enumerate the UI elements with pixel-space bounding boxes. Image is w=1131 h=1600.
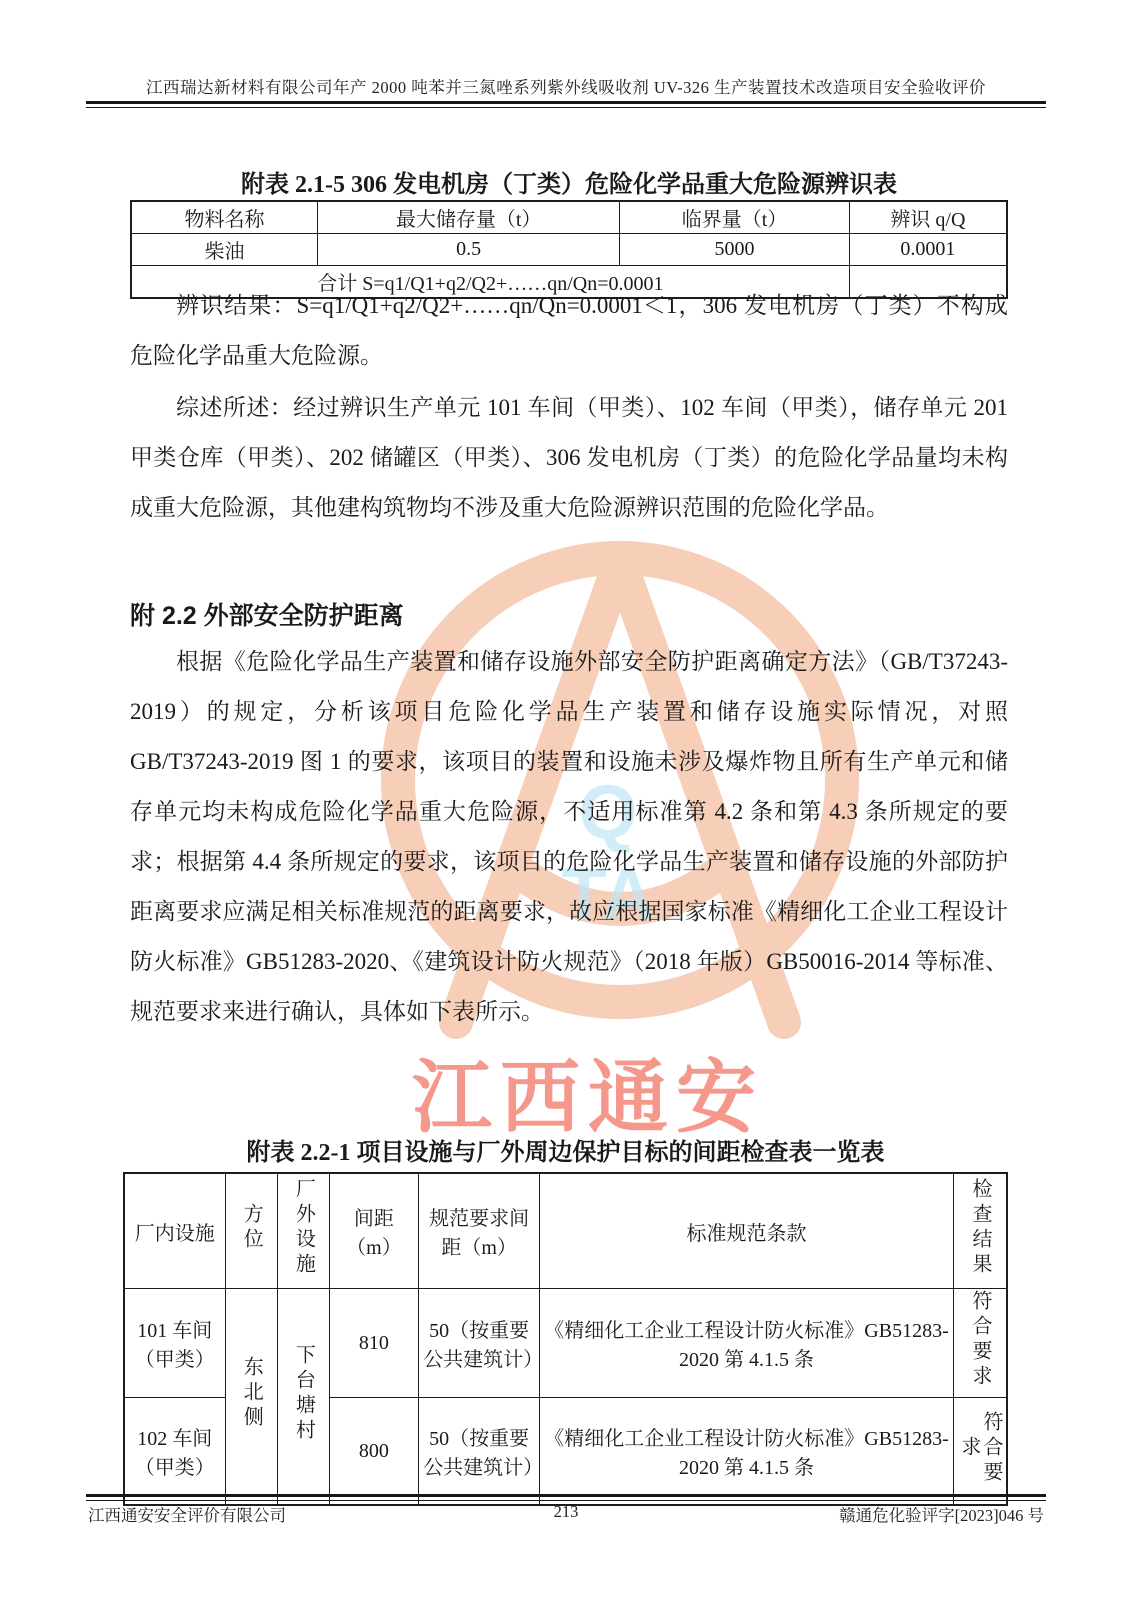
table1-title: 附表 2.1-5 306 发电机房（丁类）危险化学品重大危险源辨识表: [130, 164, 1008, 199]
paragraph-external-distance: 根据《危险化学品生产装置和储存设施外部安全防护距离确定方法》（GB/T37243…: [130, 637, 1008, 1037]
cell-result-101-text: 符合要求: [969, 1290, 991, 1390]
cell-distance-102: 800: [329, 1398, 419, 1506]
footer-rule: [86, 1494, 1046, 1501]
table1-header-critical: 临界量（t）: [620, 201, 849, 234]
table1-header-material: 物料名称: [131, 201, 318, 234]
cell-max-storage: 0.5: [318, 234, 620, 266]
table2-header-result-text: 检查结果: [969, 1178, 991, 1278]
section-heading-2-2: 附 2.2 外部安全防护距离: [130, 596, 1008, 632]
table2-header-direction-text: 方位: [240, 1203, 262, 1253]
table2-header-distance: 间距（m）: [329, 1173, 419, 1289]
table2-header-standard: 标准规范条款: [540, 1173, 954, 1289]
cell-direction-text: 东北侧: [240, 1356, 262, 1431]
table2-header-row: 厂内设施 方位 厂外设施 间距（m） 规范要求间距（m） 标准规范条款 检查结果: [124, 1173, 1007, 1289]
table1-header-ratio: 辨识 q/Q: [849, 201, 1007, 234]
page-header-title: 江西瑞达新材料有限公司年产 2000 吨苯并三氮唑系列紫外线吸收剂 UV-326…: [88, 74, 1044, 98]
cell-result-101: 符合要求: [953, 1289, 1007, 1398]
cell-direction: 东北侧: [225, 1289, 278, 1506]
page-footer: 213 江西通安安全评价有限公司 赣通危化验评字[2023]046 号: [88, 1502, 1044, 1526]
table1-data-row: 柴油 0.5 5000 0.0001: [131, 234, 1007, 266]
red-text-watermark: 江西通安: [412, 1058, 764, 1138]
table2-title: 附表 2.2-1 项目设施与厂外周边保护目标的间距检查表一览表: [123, 1132, 1008, 1167]
table2-header-result: 检查结果: [953, 1173, 1007, 1289]
cell-standard-101: 《精细化工企业工程设计防火标准》GB51283-2020 第 4.1.5 条: [540, 1289, 954, 1398]
cell-required-101: 50（按重要公共建筑计）: [419, 1289, 540, 1398]
table2-header-external: 厂外设施: [278, 1173, 330, 1289]
cell-result-102: 符合要求: [953, 1398, 1007, 1506]
document-page: Q TA 江西通安 江西瑞达新材料有限公司年产 2000 吨苯并三氮唑系列紫外线…: [0, 0, 1131, 1600]
cell-external-village: 下台塘村: [278, 1289, 330, 1506]
cell-facility-102: 102 车间（甲类）: [124, 1398, 225, 1506]
distance-check-table: 厂内设施 方位 厂外设施 间距（m） 规范要求间距（m） 标准规范条款 检查结果…: [123, 1172, 1008, 1506]
paragraph-identification-result: 辨识结果：S=q1/Q1+q2/Q2+……qn/Qn=0.0001＜1，306 …: [130, 281, 1008, 381]
table2-header-external-text: 厂外设施: [292, 1178, 314, 1278]
footer-page-number: 213: [88, 1502, 1044, 1522]
table1-header-row: 物料名称 最大储存量（t） 临界量（t） 辨识 q/Q: [131, 201, 1007, 234]
table1-header-max-storage: 最大储存量（t）: [318, 201, 620, 234]
paragraph-summary: 综述所述：经过辨识生产单元 101 车间（甲类）、102 车间（甲类），储存单元…: [130, 383, 1008, 533]
cell-facility-101: 101 车间（甲类）: [124, 1289, 225, 1398]
cell-critical: 5000: [620, 234, 849, 266]
cell-external-village-text: 下台塘村: [292, 1344, 314, 1444]
table2-row-101: 101 车间（甲类） 东北侧 下台塘村 810 50（按重要公共建筑计） 《精细…: [124, 1289, 1007, 1398]
cell-standard-102: 《精细化工企业工程设计防火标准》GB51283-2020 第 4.1.5 条: [540, 1398, 954, 1506]
table2-header-direction: 方位: [225, 1173, 278, 1289]
table2-header-required: 规范要求间距（m）: [419, 1173, 540, 1289]
cell-result-102-text: 符合要求: [958, 1399, 1002, 1497]
table2-header-facility: 厂内设施: [124, 1173, 225, 1289]
cell-ratio: 0.0001: [849, 234, 1007, 266]
cell-required-102: 50（按重要公共建筑计）: [419, 1398, 540, 1506]
cell-distance-101: 810: [329, 1289, 419, 1398]
cell-material: 柴油: [131, 234, 318, 266]
header-rule: [86, 101, 1046, 108]
